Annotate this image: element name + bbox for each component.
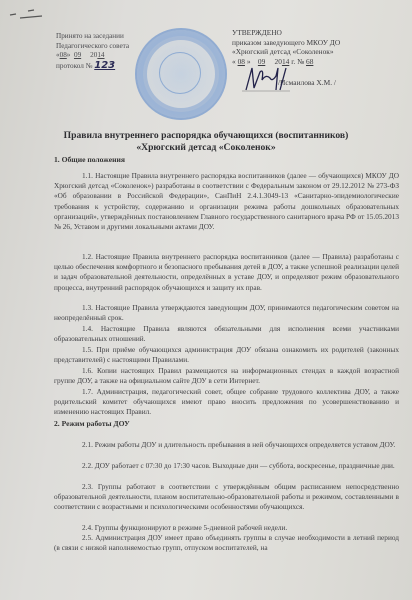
paragraph-1-3: 1.3. Настоящие Правила утверждаются заве… xyxy=(54,303,399,323)
document-page: Принято на заседании Педагогического сов… xyxy=(0,0,412,600)
section2-heading: 2. Режим работы ДОУ xyxy=(54,419,130,428)
paragraph-1-4: 1.4. Настоящие Правила являются обязател… xyxy=(54,324,399,344)
document-title: Правила внутреннего распорядка обучающих… xyxy=(0,130,412,141)
accepted-day: 08 xyxy=(60,51,67,59)
paragraph-2-1: 2.1. Режим работы ДОУ и длительность пре… xyxy=(54,440,399,450)
document-subtitle: «Хрюгский детсад «Соколенок» xyxy=(0,142,412,153)
paragraph-2-4: 2.4. Группы функционируют в режиме 5-дне… xyxy=(54,523,399,533)
paragraph-1-2: 1.2. Настоящие Правила внутреннего распо… xyxy=(54,252,399,293)
accepted-month: 09 xyxy=(74,51,81,59)
official-stamp xyxy=(135,28,227,120)
paragraph-2-3: 2.3. Группы работают в соответствии с ут… xyxy=(54,482,399,513)
paragraph-1-6: 1.6. Копии настоящих Правил размещаются … xyxy=(54,366,399,386)
signature-icon xyxy=(242,64,290,94)
paragraph-1-1: 1.1. Настоящие Правила внутреннего распо… xyxy=(54,171,399,232)
pen-mark-icon xyxy=(8,8,48,22)
approved-line1: УТВЕРЖДЕНО xyxy=(232,28,402,38)
paragraph-1-5: 1.5. При приёме обучающихся администраци… xyxy=(54,345,399,365)
accepted-year: 14 xyxy=(97,51,104,59)
section1-heading: 1. Общие положения xyxy=(54,155,125,164)
paragraph-1-7: 1.7. Администрация, педагогический совет… xyxy=(54,387,399,418)
paragraph-2-5: 2.5. Администрация ДОУ имеет право объед… xyxy=(54,533,399,553)
paragraph-2-2: 2.2. ДОУ работает с 07:30 до 17:30 часов… xyxy=(54,461,399,471)
order-number: 68 xyxy=(306,57,313,66)
approved-line2: приказом заведующего МКОУ ДО xyxy=(232,38,402,48)
protocol-number: 123 xyxy=(94,60,115,71)
approved-line3: «Хрюгский детсад «Соколенок» xyxy=(232,47,402,57)
stamp-emblem-icon xyxy=(159,52,201,94)
